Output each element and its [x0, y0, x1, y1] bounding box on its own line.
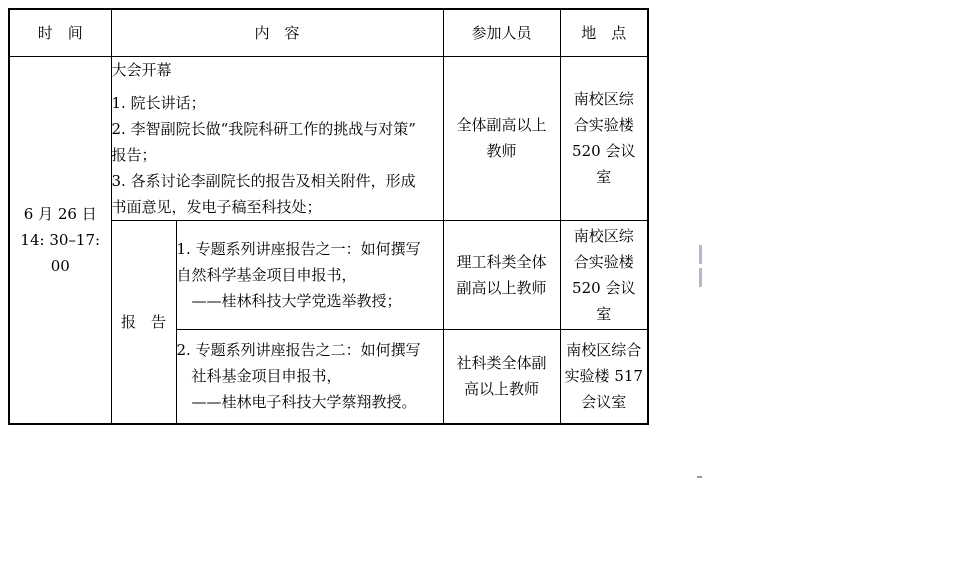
- session1-agenda: 1. 院长讲话； 2. 李智副院长做“我院科研工作的挑战与对策” 报告； 3. …: [112, 90, 443, 220]
- time-cell: 6 月 26 日 14: 30–17: 00: [9, 56, 111, 424]
- session1-location: 南校区综 合实验楼 520 会议 室: [560, 56, 648, 220]
- session1-participants: 全体副高以上 教师: [443, 56, 560, 220]
- session1-content-cell: 大会开幕 1. 院长讲话； 2. 李智副院长做“我院科研工作的挑战与对策” 报告…: [111, 56, 443, 220]
- report-label-cell: 报 告: [111, 220, 176, 424]
- scrollbar-thumb[interactable]: [699, 245, 702, 287]
- header-participants: 参加人员: [443, 9, 560, 56]
- report1-location: 南校区综 合实验楼 520 会议 室: [560, 220, 648, 329]
- report2-location: 南校区综合 实验楼 517 会议室: [560, 329, 648, 424]
- header-location: 地 点: [560, 9, 648, 56]
- report2-content: 2. 专题系列讲座报告之二：如何撰写 社科基金项目申报书， ——桂林电子科技大学…: [176, 329, 443, 424]
- document-page: 时 间 内 容 参加人员 地 点 6 月 26 日 14: 30–17: 00 …: [0, 0, 962, 575]
- session-row: 6 月 26 日 14: 30–17: 00 大会开幕 1. 院长讲话； 2. …: [9, 56, 648, 220]
- report1-content: 1. 专题系列讲座报告之一：如何撰写 自然科学基金项目申报书， ——桂林科技大学…: [176, 220, 443, 329]
- scrollbar-thumb-notch: [699, 264, 702, 268]
- stray-mark: [697, 476, 702, 478]
- header-row: 时 间 内 容 参加人员 地 点: [9, 9, 648, 56]
- session1-title: 大会开幕: [112, 57, 443, 83]
- report2-participants: 社科类全体副 高以上教师: [443, 329, 560, 424]
- report1-participants: 理工科类全体 副高以上教师: [443, 220, 560, 329]
- header-content: 内 容: [111, 9, 443, 56]
- header-time: 时 间: [9, 9, 111, 56]
- schedule-table: 时 间 内 容 参加人员 地 点 6 月 26 日 14: 30–17: 00 …: [8, 8, 649, 425]
